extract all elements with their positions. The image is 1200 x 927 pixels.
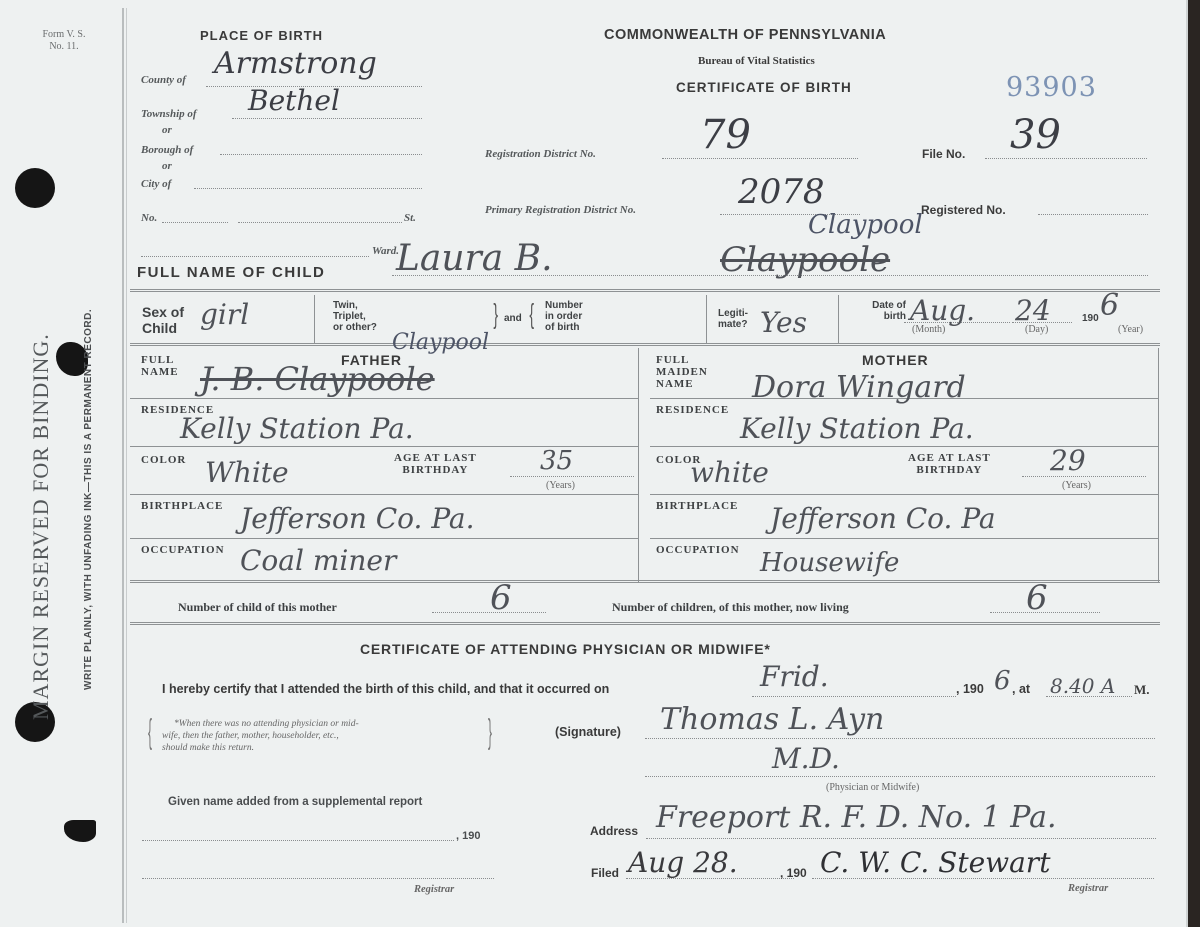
day-caption: (Day) (1025, 324, 1048, 335)
mother-birthplace-label: BIRTHPLACE (656, 500, 738, 512)
brace-icon: { (529, 298, 534, 330)
and-label: and (504, 313, 522, 324)
supplemental-year-prefix: , 190 (456, 830, 480, 842)
physician-caption: (Physician or Midwife) (826, 782, 919, 793)
father-residence-value: Kelly Station Pa. (180, 412, 414, 445)
at-label: , at (1012, 682, 1030, 696)
ward-label: Ward. (372, 245, 399, 257)
father-name-correction: Claypool (392, 330, 489, 355)
commonwealth-title: COMMONWEALTH OF PENNSYLVANIA (604, 27, 886, 43)
year-caption: (Year) (1118, 324, 1143, 335)
mother-years-caption: (Years) (1062, 480, 1091, 491)
mother-residence-label: RESIDENCE (656, 404, 729, 416)
birth-certificate-page: Form V. S. No. 11. MARGIN RESERVED FOR B… (0, 0, 1188, 927)
street-label: St. (404, 212, 416, 224)
father-color-value: White (205, 456, 289, 489)
place-of-birth-heading: PLACE OF BIRTH (200, 28, 323, 43)
county-value: Armstrong (214, 46, 377, 81)
birth-time-value: 8.40 A (1050, 674, 1115, 698)
child-number-label: Number of child of this mother (178, 600, 337, 615)
child-number-value: 6 (490, 578, 512, 618)
margin-divider (122, 8, 124, 923)
supplemental-report-label: Given name added from a supplemental rep… (168, 796, 422, 808)
supplemental-registrar-caption: Registrar (414, 884, 454, 895)
father-occupation-value: Coal miner (240, 544, 396, 577)
signature-label: (Signature) (555, 725, 621, 739)
certify-statement: I hereby certify that I attended the bir… (162, 682, 609, 696)
m-label: M. (1134, 682, 1150, 698)
occurred-year-prefix: , 190 (956, 682, 984, 696)
full-name-label: FULL NAME OF CHILD (137, 264, 325, 281)
dob-label: Date of birth (850, 300, 906, 322)
mother-occupation-label: OCCUPATION (656, 544, 740, 556)
children-living-label: Number of children, of this mother, now … (612, 600, 849, 615)
borough-label: Borough of (141, 144, 193, 156)
footnote-text: *When there was no attending physician o… (162, 718, 359, 754)
dob-year-suffix: 6 (1100, 288, 1119, 323)
county-label: County of (141, 74, 186, 86)
primary-district-label: Primary Registration District No. (485, 204, 636, 216)
physician-signature: Thomas L. Ayn (660, 702, 884, 737)
mother-age-label: AGE AT LAST BIRTHDAY (908, 452, 991, 476)
dob-day: 24 (1015, 294, 1051, 327)
or-label: or (162, 124, 172, 136)
margin-reserved-notice: MARGIN RESERVED FOR BINDING. (28, 333, 54, 720)
registration-district-value: 79 (700, 112, 751, 158)
township-label: Township of (141, 108, 197, 120)
primary-district-value: 2078 (738, 172, 825, 212)
father-birthplace-value: Jefferson Co. Pa. (240, 502, 475, 535)
mother-birthplace-value: Jefferson Co. Pa (770, 502, 996, 535)
mother-name-label: FULL MAIDEN NAME (656, 354, 708, 390)
father-occupation-label: OCCUPATION (141, 544, 225, 556)
mother-occupation-value: Housewife (760, 548, 899, 578)
occurred-on-value: Frid. (760, 660, 829, 693)
child-surname-correction: Claypool (808, 210, 923, 240)
occurred-year-suffix: 6 (994, 666, 1011, 696)
children-living-value: 6 (1026, 578, 1048, 618)
legitimate-label: Legiti- mate? (718, 308, 748, 330)
punch-hole-icon (15, 168, 55, 208)
legitimate-value: Yes (760, 306, 807, 339)
form-number: Form V. S. No. 11. (24, 29, 104, 53)
father-age-label: AGE AT LAST BIRTHDAY (394, 452, 477, 476)
mother-residence-value: Kelly Station Pa. (740, 412, 974, 445)
sex-value: girl (200, 298, 249, 331)
file-no-value: 39 (1010, 112, 1061, 158)
twin-label: Twin, Triplet, or other? (333, 300, 377, 333)
month-caption: (Month) (912, 324, 945, 335)
child-given-names: Laura B. (396, 238, 553, 279)
father-color-label: COLOR (141, 454, 186, 466)
filed-year-prefix: , 190 (780, 866, 807, 880)
file-no-label: File No. (922, 147, 965, 161)
street-number-label: No. (141, 212, 157, 224)
address-label: Address (590, 824, 638, 838)
brace-icon: { (148, 713, 152, 752)
bureau-title: Bureau of Vital Statistics (698, 55, 815, 67)
birth-order-label: Number in order of birth (545, 300, 583, 333)
brace-icon: } (493, 298, 498, 330)
registrar-signature: C. W. C. Stewart (820, 846, 1050, 879)
stamp-number: 93903 (1006, 72, 1097, 103)
city-label: City of (141, 178, 171, 190)
child-surname-struck: Claypoole (720, 240, 890, 280)
registration-district-label: Registration District No. (485, 148, 596, 160)
registered-no-label: Registered No. (921, 203, 1006, 217)
or-label: or (162, 160, 172, 172)
father-name-value: J. B. Claypoole (200, 360, 435, 398)
filed-label: Filed (591, 866, 619, 880)
margin-divider-inner (126, 8, 127, 923)
dob-year-prefix: 190 (1082, 313, 1099, 324)
physician-certificate-heading: CERTIFICATE OF ATTENDING PHYSICIAN OR MI… (360, 641, 771, 657)
mother-heading: MOTHER (862, 352, 929, 368)
unfading-ink-notice: WRITE PLAINLY, WITH UNFADING INK—THIS IS… (83, 309, 94, 690)
father-name-label: FULL NAME (141, 354, 179, 378)
filed-date-value: Aug 28. (628, 846, 738, 879)
mother-name-value: Dora Wingard (752, 370, 966, 405)
father-years-caption: (Years) (546, 480, 575, 491)
filing-registrar-caption: Registrar (1068, 883, 1108, 894)
mother-age-value: 29 (1050, 444, 1086, 477)
father-birthplace-label: BIRTHPLACE (141, 500, 223, 512)
mother-color-value: white (690, 456, 769, 489)
certificate-title: CERTIFICATE OF BIRTH (676, 80, 852, 95)
township-value: Bethel (248, 84, 340, 117)
dob-month: Aug. (910, 294, 975, 327)
ink-blot-icon (64, 820, 96, 842)
physician-title: M.D. (772, 742, 840, 775)
father-age-value: 35 (540, 446, 573, 476)
brace-icon: } (488, 713, 492, 752)
physician-address: Freeport R. F. D. No. 1 Pa. (656, 800, 1057, 835)
sex-label: Sex of Child (142, 304, 184, 336)
